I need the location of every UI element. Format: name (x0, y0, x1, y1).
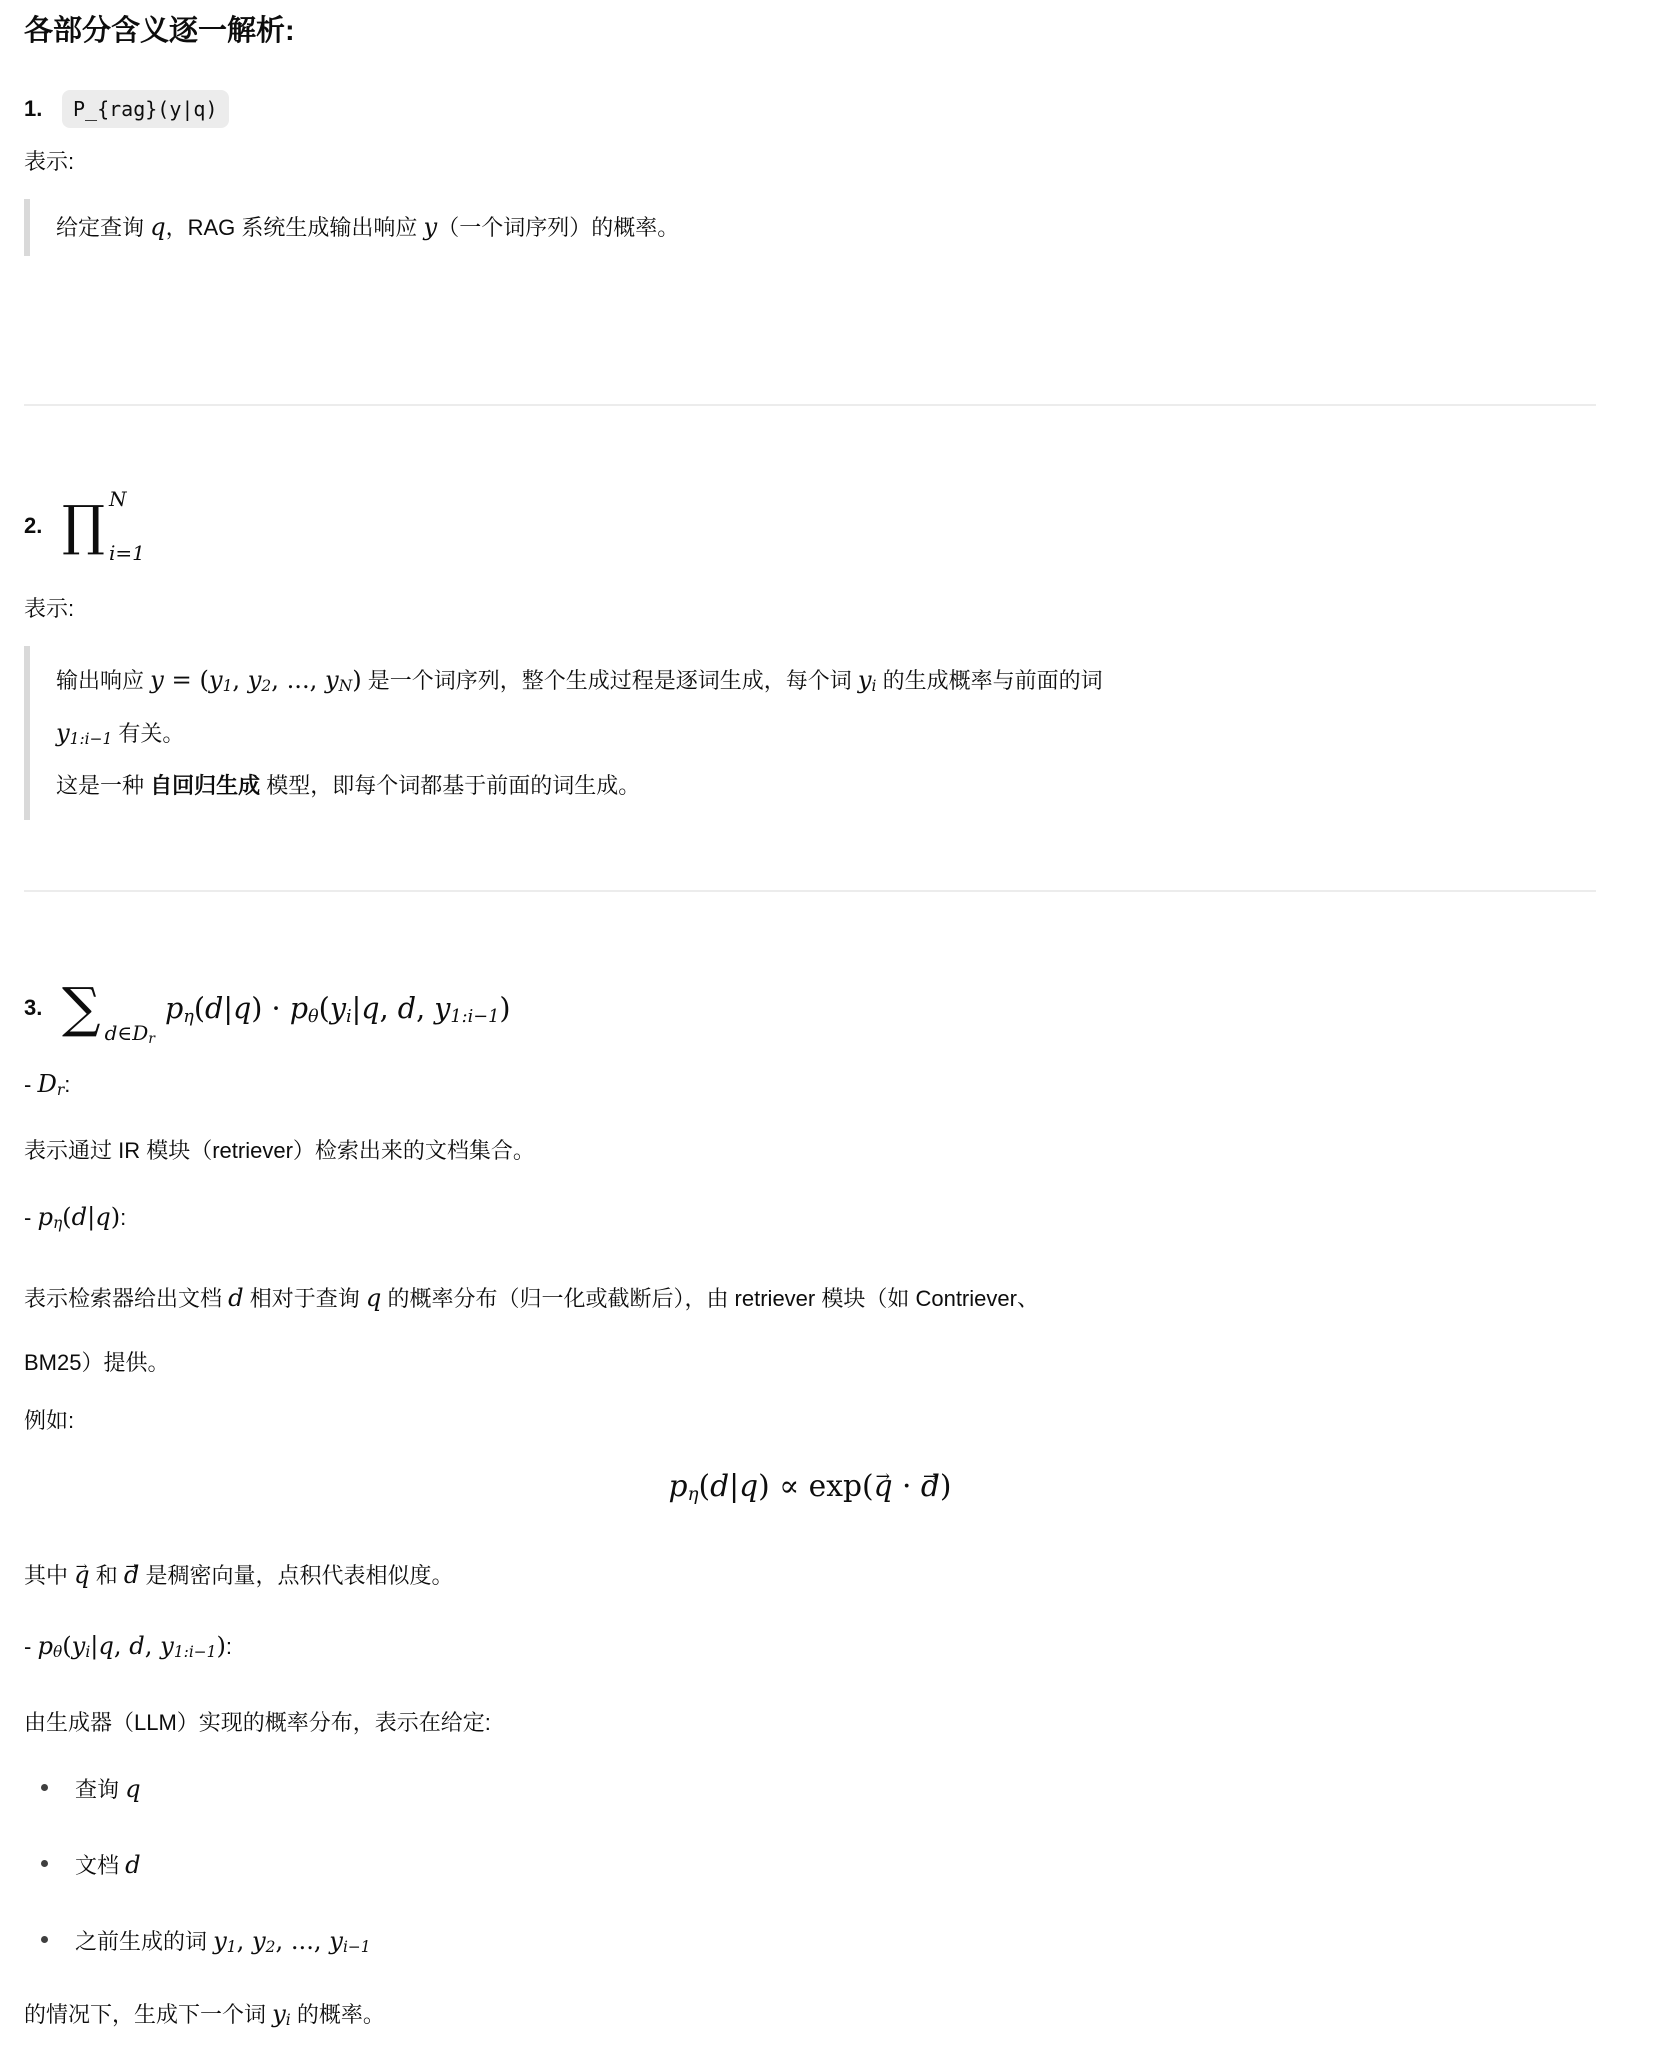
formula-body: pη(d|q) · pθ(yi|q, d, y1:i−1) (165, 994, 511, 1023)
page-title: 各部分含义逐一解析: (24, 14, 1596, 49)
blockquote-text: 给定查询 q，RAG 系统生成输出响应 y（一个词序列）的概率。 (56, 207, 1596, 248)
bullet-list: 查询 q 文档 d 之前生成的词 y1, y2, ..., yi−1 (24, 1765, 1596, 1966)
paragraph: 表示检索器给出文档 d 相对于查询 q 的概率分布（归一化或截断后），由 ret… (24, 1266, 1596, 1395)
label: 表示: (24, 592, 1596, 626)
list-number: 3. (24, 995, 62, 1021)
paragraph: 其中 q 和 d 是稠密向量，点积代表相似度。 (24, 1547, 1596, 1604)
operator-scripts: d∈Dr (105, 969, 155, 1047)
paragraph: 的情况下，生成下一个词 yi 的概率。 (24, 1994, 1596, 2035)
blockquote: 给定查询 q，RAG 系统生成输出响应 y（一个词序列）的概率。 (24, 199, 1596, 256)
subscript: i=1 (109, 542, 145, 564)
list-item-text: 文档 d (75, 1841, 141, 1890)
label: 表示: (24, 145, 1596, 179)
equation-text: pη(d|q) ∝ exp(q · d) (668, 1472, 951, 1502)
product-operator: ∏ (62, 500, 105, 551)
product-formula: ∏ Ni=1 (62, 487, 145, 565)
list-item-2: 2. ∏ Ni=1 (24, 486, 1596, 566)
term-line: - pη(d|q): (24, 1191, 1596, 1244)
list-item-3: 3. ∑ d∈Dr pη(d|q) · pθ(yi|q, d, y1:i−1) (24, 968, 1596, 1048)
list-item-1: 1. P_{rag}(y|q) (24, 87, 1596, 131)
term-line: - Dr: (24, 1060, 1596, 1109)
blockquote: 输出响应 y = (y1, y2, ..., yN) 是一个词序列，整个生成过程… (24, 646, 1596, 820)
paragraph: 由生成器（LLM）实现的概率分布，表示在给定: (24, 1705, 1596, 1741)
bullet-icon (41, 1784, 48, 1791)
subscript: d∈Dr (105, 1022, 155, 1044)
sum-operator: ∑ (62, 982, 101, 1033)
blockquote-text: 输出响应 y = (y1, y2, ..., yN) 是一个词序列，整个生成过程… (56, 654, 1596, 812)
term-line: - pθ(yi|q, d, y1:i−1): (24, 1620, 1596, 1673)
divider (24, 404, 1596, 406)
list-number: 2. (24, 513, 62, 539)
list-item-text: 查询 q (75, 1765, 141, 1814)
paragraph: 表示通过 IR 模块（retriever）检索出来的文档集合。 (24, 1133, 1596, 1169)
list-item: 之前生成的词 y1, y2, ..., yi−1 (24, 1917, 1596, 1966)
list-item-text: 之前生成的词 y1, y2, ..., yi−1 (75, 1917, 371, 1966)
list-item: 查询 q (24, 1765, 1596, 1814)
divider (24, 890, 1596, 892)
document: 各部分含义逐一解析: 1. P_{rag}(y|q) 表示: 给定查询 q，RA… (0, 0, 1660, 2035)
operator-scripts: Ni=1 (109, 487, 145, 565)
sum-formula: ∑ d∈Dr pη(d|q) · pθ(yi|q, d, y1:i−1) (62, 969, 510, 1047)
bullet-icon (41, 1860, 48, 1867)
superscript: N (109, 488, 145, 510)
list-number: 1. (24, 96, 62, 122)
label: 例如: (24, 1403, 1596, 1439)
display-equation: pη(d|q) ∝ exp(q · d) (24, 1455, 1596, 1519)
bullet-icon (41, 1936, 48, 1943)
inline-code: P_{rag}(y|q) (62, 90, 229, 128)
list-item: 文档 d (24, 1841, 1596, 1890)
